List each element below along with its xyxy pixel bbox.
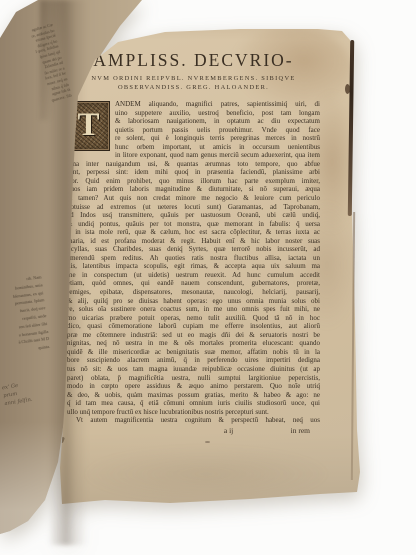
text-line: & undiq́ pontus, quāuis per tot monstra,…	[67, 220, 320, 229]
text-line: tuna inter nauigandum usi, & quantas æru…	[67, 160, 320, 169]
page-title: AMPLISS. DECVRIO-	[93, 50, 293, 70]
text-line: dis, latentibus impacta scopulis, egit r…	[67, 262, 320, 271]
heading-row: AMPLISS. DECVRIO-	[67, 50, 320, 72]
manuscript-annotation: ex' Geprumanni ſelſin.	[1, 376, 58, 409]
text-line: dico, quasi cōmemoratione laborū cupiam …	[67, 322, 320, 331]
text-line: præ me cōtemnere industriā: sed ut eo ma…	[67, 331, 320, 340]
text-line: tror. Quid enim prohibet, quo minus illo…	[67, 177, 320, 186]
text-line: emerendū spem reditus. Ah quoties ratis …	[67, 254, 320, 263]
text-line: & deo, & uobis, quàm maximas possum grat…	[67, 391, 320, 400]
book-photo: aguſtæ ac Cœre, ambulas hoertuna ſpeciēd…	[0, 0, 416, 555]
text-line: remiges, epibatæ, dispensatores, mesonau…	[67, 288, 320, 297]
text-line: nignitas, neq́ nō uestra in me & oēs mor…	[67, 339, 320, 348]
text-line: mo uicarias præbere potuit operas, nemo …	[67, 314, 320, 323]
text-line: etiam, quòd omnes, qui eandē nauem consc…	[67, 279, 320, 288]
text-line: Scyllas, suas Charibdes, suas deniq́ Syr…	[67, 245, 320, 254]
text-line: & alij, quilq́ pro se diuisas habent ope…	[67, 297, 320, 306]
open-book: aguſtæ ac Cœre, ambulas hoertuna ſpeciēd…	[0, 0, 416, 555]
text-line: maria, id est profana moderat & regit. H…	[67, 237, 320, 246]
edge-notch	[345, 84, 350, 94]
text-line: modo in cœpto opere assiduus & æquo anim…	[67, 382, 320, 391]
text-line: bore suscipiendo alacrem animū, q̄ in pe…	[67, 356, 320, 365]
text-line: quos iam pridem laboris magnitudine & di…	[67, 185, 320, 194]
page-content: AMPLISS. DECVRIO- NVM ORDINI REIPVBL. NV…	[67, 50, 320, 439]
text-line: me in conspectum (ut uidetis) uestrum re…	[67, 271, 320, 280]
signature-row: a ij in rem	[67, 427, 320, 439]
subtitle-line-2: OBSERVANDISS. GREG. HALOANDER.	[67, 84, 320, 91]
catchword: in rem	[291, 427, 310, 436]
text-line: ullo unq̄ tempore fructū ex hisce lucubr…	[67, 408, 320, 417]
text-line: ti in ista mole rerū, quæ & cælum, hoc e…	[67, 228, 320, 237]
text-line: runt, perpessi sint: idem mihi quoq́ in …	[67, 168, 320, 177]
text-line: quidē & ille misericordiæ ac benignitati…	[67, 348, 320, 357]
text-line: potuisse ad extremos (ut ueteres locuti …	[67, 203, 320, 212]
body-text: T ANDEM aliquando, magnifici patres, sap…	[67, 100, 320, 439]
text-line: re, solus oīa sustinere onera coactus su…	[67, 305, 320, 314]
water-stain	[86, 448, 326, 500]
text-line: ad Indos usq́ transmittere, quāuis per u…	[67, 211, 320, 220]
text-line: tus nō sit: & uos tam magna iuuandæ reip…	[67, 365, 320, 374]
closing-line: Vt autem magnificentia uestra cognitum &…	[67, 416, 320, 425]
text-line: in litore exponant, quod nam genus merci…	[67, 151, 320, 160]
text-line: q́ id tam mea causa, q̄ etiā cōmuni omni…	[67, 399, 320, 408]
text-line: paret) oblata, p̄ magnificētia uestra, n…	[67, 374, 320, 383]
ink-mark	[205, 441, 210, 443]
subtitle-line-1: NVM ORDINI REIPVBL. NVREMBERGENS. SIBIQV…	[67, 75, 320, 82]
signature-mark: a ij	[224, 427, 233, 436]
facing-page-text-fragments-mid: rib. Namhominibus, uniabſeruamus, ex qui…	[0, 273, 51, 356]
text-line: ui tamen? Aut quis non credat minore me …	[67, 194, 320, 203]
